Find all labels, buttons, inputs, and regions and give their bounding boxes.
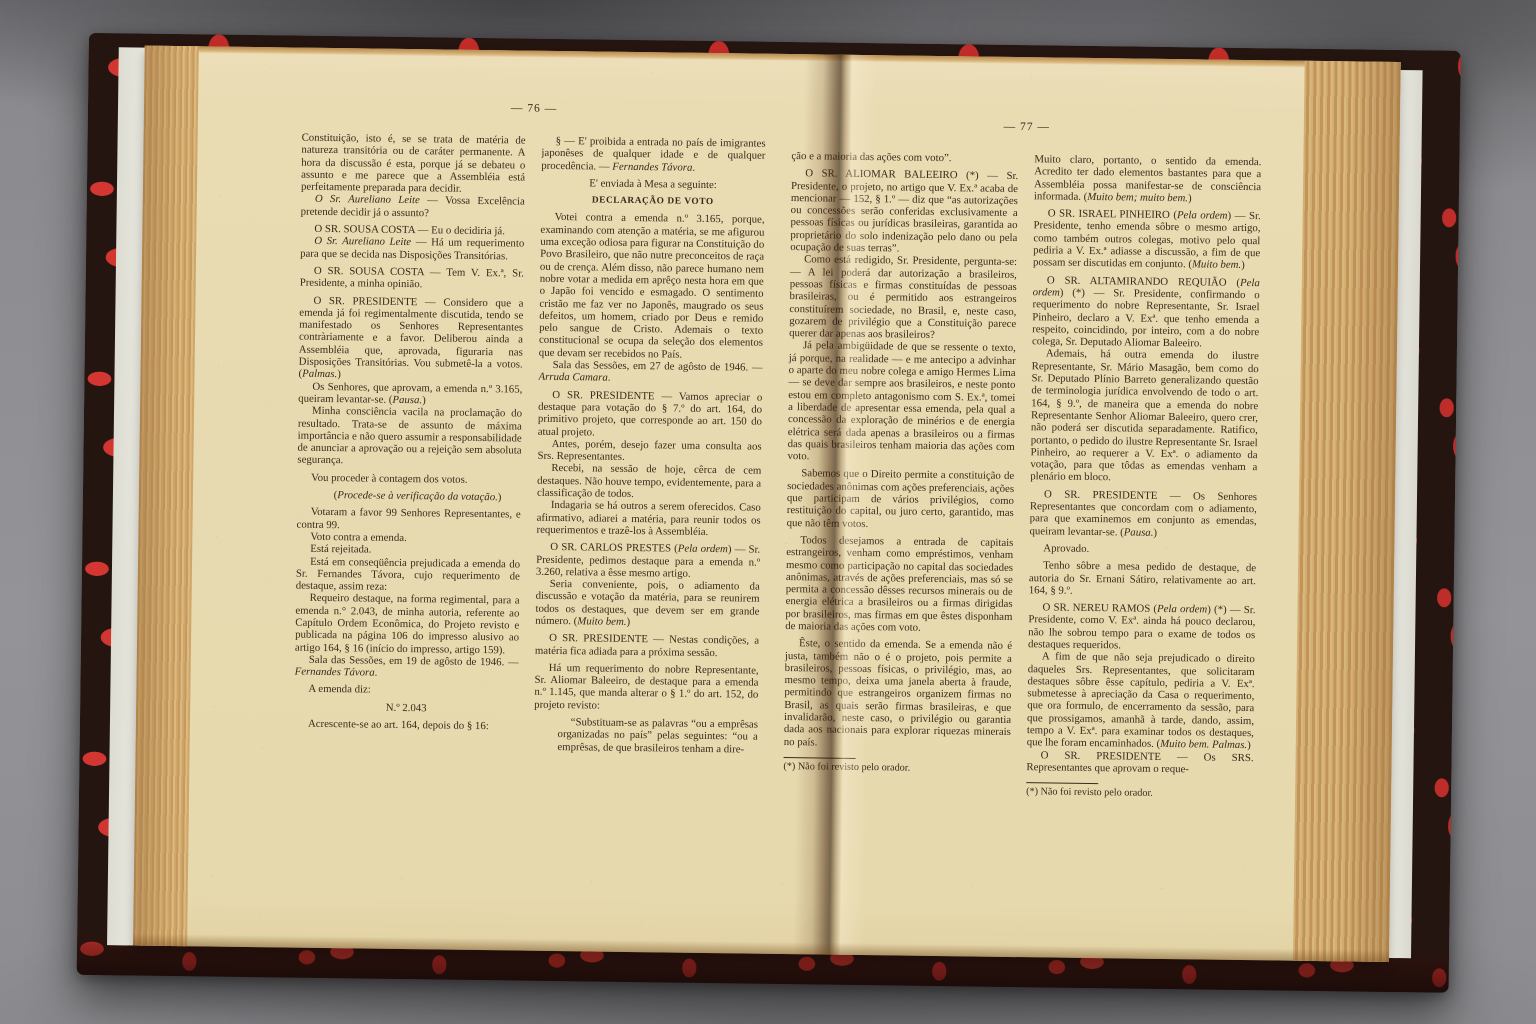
paragraph: O SR. SOUSA COSTA — Tem V. Ex.ª, Sr. Pre… xyxy=(300,265,524,293)
page-spread: — 76 — Constituição, isto é, se se trata… xyxy=(133,46,1401,962)
paragraph: (Procede-se à verificação da votação.) xyxy=(321,489,521,504)
paragraph: O SR. PRESIDENTE — Nestas condições, a m… xyxy=(535,632,759,660)
paragraph: A fim de que não seja prejudicado o dire… xyxy=(1027,650,1255,751)
paragraph: O SR. ISRAEL PINHEIRO (Pela ordem) — Sr.… xyxy=(1033,207,1261,271)
paragraph: O Sr. Aureliano Leite — Há um requerimen… xyxy=(300,235,524,263)
right-page-column-2: Muito claro, portanto, o sentido da emen… xyxy=(1026,153,1261,776)
paragraph: E' enviada à Mesa a seguinte: xyxy=(541,177,765,192)
footnote-rule xyxy=(1026,782,1098,784)
paragraph: Minha consciência vacila na proclamação … xyxy=(297,405,522,469)
paragraph: O SR. CARLOS PRESTES (Pela ordem) — Sr. … xyxy=(536,541,760,581)
paragraph: Indagaria se há outros a serem oferecido… xyxy=(536,499,760,539)
footnote-text: (*) Não foi revisto pelo orador. xyxy=(783,761,910,774)
paragraph: Seria conveniente, pois, o adiamento da … xyxy=(535,578,760,630)
page-number-77: — 77 — xyxy=(792,118,1262,136)
paragraph: Antes, porém, desejo fazer uma consulta … xyxy=(537,438,761,466)
footnote-text: (*) Não foi revisto pelo orador. xyxy=(1026,786,1153,799)
paragraph: Ademais, há outra emenda do ilustre Repr… xyxy=(1030,348,1259,486)
paragraph: Aprovado. xyxy=(1029,542,1256,557)
right-page-column-1: ção e a maioria das ações com voto”.O SR… xyxy=(784,150,1019,751)
footnote-col2: (*) Não foi revisto pelo orador. xyxy=(1026,782,1253,800)
paragraph: A emenda diz: xyxy=(294,683,518,698)
paragraph: O SR. NEREU RAMOS (Pela ordem) (*) — Sr.… xyxy=(1028,601,1256,653)
footnote-col1: (*) Não foi revisto pelo orador. xyxy=(783,757,1010,775)
paragraph: Acrescente-se ao art. 164, depois do § 1… xyxy=(294,718,518,733)
paragraph: “Substituam-se as palavras “ou a emprêsa… xyxy=(557,716,758,756)
paragraph: Como está redigido, Sr. Presidente, perg… xyxy=(789,253,1017,342)
paragraph: Os Senhores, que aprovam, a emenda n.º 3… xyxy=(298,380,522,408)
paragraph: Já pela ambigüidade de que se ressente o… xyxy=(787,339,1016,465)
paragraph: Sabemos que o Direito permite a constitu… xyxy=(787,467,1015,531)
paragraph: Recebi, na sessão de hoje, cêrca de cem … xyxy=(537,462,761,502)
paragraph: Sala das Sessões, em 27 de agôsto de 194… xyxy=(538,359,762,387)
left-page-column-1: Constituição, isto é, se se trata de mat… xyxy=(294,132,526,753)
paragraph: Vou proceder à contagem dos votos. xyxy=(297,471,521,486)
page-edges-left xyxy=(133,46,199,947)
paragraph: O SR. PRESIDENTE — Vamos apreciar o dest… xyxy=(538,388,763,440)
paragraph: Requeiro destaque, na forma regimental, … xyxy=(295,592,520,656)
paragraph: Muito claro, portanto, o sentido da emen… xyxy=(1034,153,1262,205)
paragraph: O SR. ALIOMAR BALEEIRO (*) — Sr. Preside… xyxy=(790,167,1018,256)
paragraph: Votei contra a emenda n.º 3.165, porque,… xyxy=(539,211,765,361)
page-number-76: — 76 — xyxy=(302,100,766,118)
paragraph: Sala das Sessões, em 19 de agôsto de 194… xyxy=(295,653,519,681)
paragraph: § — E' proibida a entrada no país de imi… xyxy=(541,135,765,175)
paragraph: O SR. PRESIDENTE — Considero que a emend… xyxy=(298,294,523,383)
paragraph: Há um requerimento do nobre Representant… xyxy=(534,662,759,714)
footnote-rule xyxy=(784,757,856,759)
paragraph: O SR. PRESIDENTE — Os Senhores Represent… xyxy=(1029,488,1257,540)
paragraph: DECLARAÇÃO DE VOTO xyxy=(541,194,765,209)
page-edges-right xyxy=(1293,61,1401,962)
paragraph: Está em conseqüência prejudicada a emend… xyxy=(296,555,520,595)
right-page: — 77 — ção e a maioria das ações com vot… xyxy=(781,118,1262,936)
paragraph: Votaram a favor 99 Senhores Representant… xyxy=(296,506,520,534)
paragraph: Êste, o sentido da emenda. Se a emenda n… xyxy=(784,637,1012,751)
paragraph: O Sr. Aureliano Leite — Vossa Excelência… xyxy=(301,193,525,221)
left-page: — 76 — Constituição, isto é, se se trata… xyxy=(292,100,766,906)
paragraph: O SR. PRESIDENTE — Os SRS. Representante… xyxy=(1026,749,1253,777)
paragraph: ção e a maioria das ações com voto”. xyxy=(791,150,1018,165)
paragraph: Constituição, isto é, se se trata de mat… xyxy=(301,132,526,196)
open-book: — 76 — Constituição, isto é, se se trata… xyxy=(77,33,1461,993)
paragraph: Tenho sôbre a mesa pedido de destaque, d… xyxy=(1029,559,1256,599)
left-page-column-2: § — E' proibida a entrada no país de imi… xyxy=(534,135,766,756)
paragraph: O SR. ALTAMIRANDO REQUIÃO (Pela ordem) (… xyxy=(1032,274,1260,351)
paragraph: Todos desejamos a entrada de capitais es… xyxy=(785,534,1013,635)
paragraph: N.º 2.043 xyxy=(294,700,518,715)
